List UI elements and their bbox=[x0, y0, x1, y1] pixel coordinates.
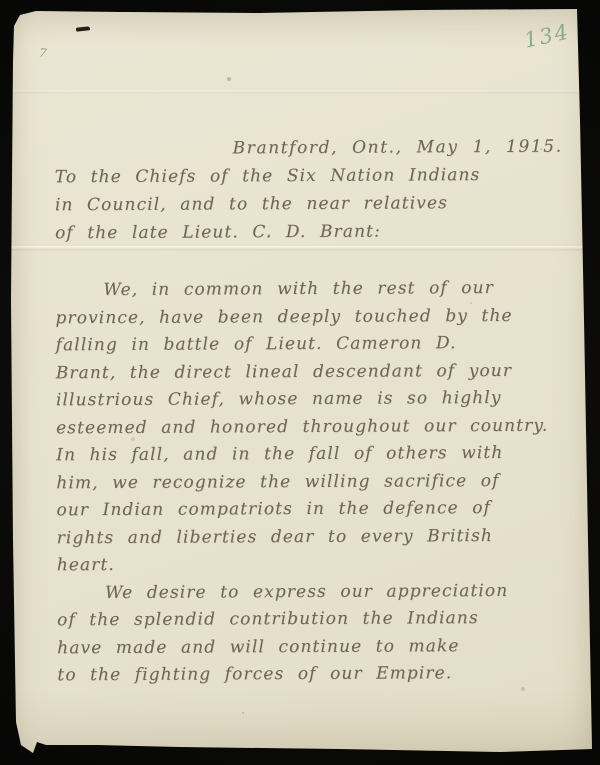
body-line: In his fall, and in the fall of others w… bbox=[56, 440, 552, 470]
body-line: We, in common with the rest of our bbox=[55, 275, 551, 305]
body-line: of the splendid contribution the Indians bbox=[57, 605, 553, 635]
body-line: We desire to express our appreciation bbox=[57, 577, 553, 607]
paper-specks bbox=[0, 0, 2, 2]
letter-body: We, in common with the rest of our provi… bbox=[55, 275, 553, 690]
body-line: him, we recognize the willing sacrifice … bbox=[56, 467, 552, 497]
body-line: province, have been deeply touched by th… bbox=[55, 302, 551, 332]
body-line: esteemed and honored throughout our coun… bbox=[56, 412, 552, 442]
address-line-3: of the late Lieut. C. D. Brant: bbox=[55, 217, 551, 248]
body-line: to the fighting forces of our Empire. bbox=[57, 660, 553, 690]
ink-dash-mark bbox=[76, 26, 90, 31]
dateline: Brantford, Ont., May 1, 1915. bbox=[233, 133, 551, 163]
body-line: heart. bbox=[57, 550, 553, 580]
letter-text: Brantford, Ont., May 1, 1915. To the Chi… bbox=[55, 133, 554, 690]
address-line-1: To the Chiefs of the Six Nation Indians bbox=[55, 161, 551, 192]
letter-page: 7 134 Brantford, Ont., May 1, 1915. To t… bbox=[0, 0, 600, 765]
scanned-letter-background: 7 134 Brantford, Ont., May 1, 1915. To t… bbox=[0, 0, 600, 765]
body-line: Brant, the direct lineal descendant of y… bbox=[56, 357, 552, 387]
address-line-2: in Council, and to the near relatives bbox=[55, 189, 551, 220]
body-line: our Indian compatriots in the defence of bbox=[56, 495, 552, 525]
body-line: rights and liberties dear to every Briti… bbox=[57, 522, 553, 552]
body-line: illustrious Chief, whose name is so high… bbox=[56, 385, 552, 415]
page-number: 134 bbox=[522, 19, 572, 52]
body-line: falling in battle of Lieut. Cameron D. bbox=[56, 330, 552, 360]
fold-crease-upper bbox=[10, 90, 590, 94]
body-line: have made and will continue to make bbox=[57, 632, 553, 662]
faint-corner-mark: 7 bbox=[38, 46, 47, 61]
